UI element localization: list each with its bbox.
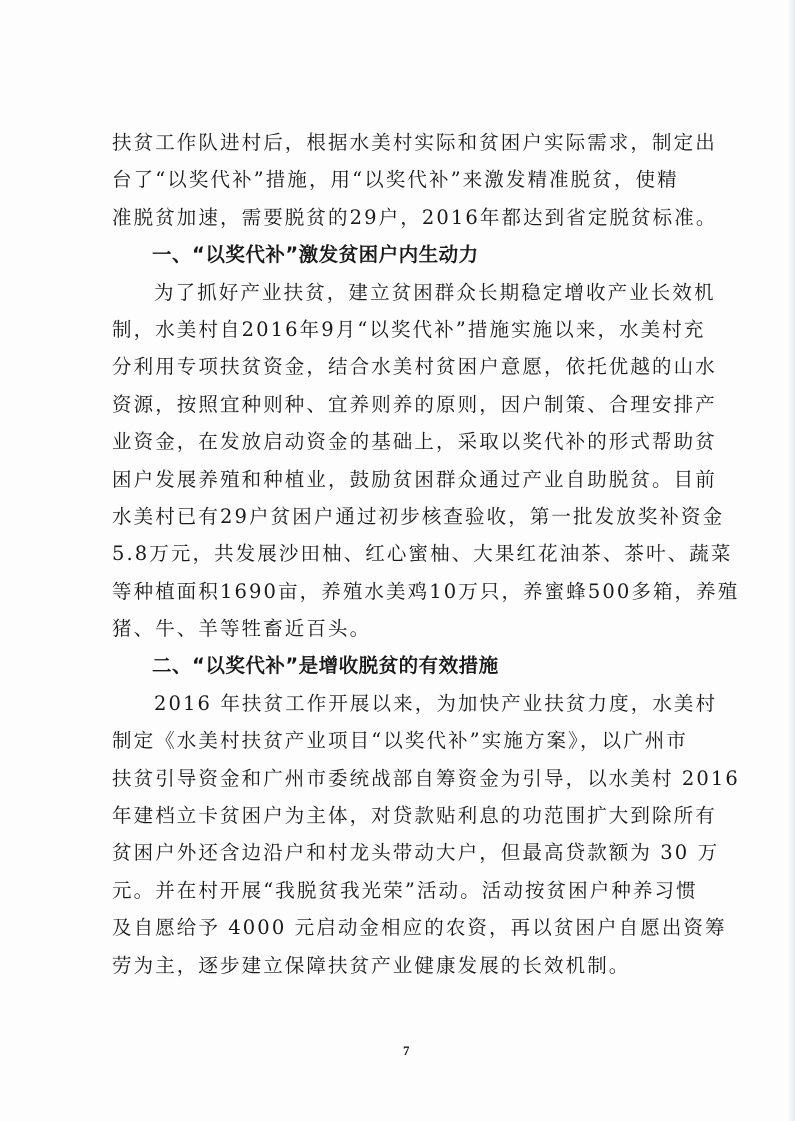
section-heading-1: 一、“以奖代补”激发贫困户内生动力: [112, 236, 702, 273]
body-line: 制，水美村自2016年9月“以奖代补”措施实施以来，水美村充: [112, 311, 702, 348]
body-line: 等种植面积1690亩，养殖水美鸡10万只，养蜜蜂500多箱，养殖: [112, 573, 702, 610]
body-line: 元。并在村开展“我脱贫我光荣”活动。活动按贫困户种养习惯: [112, 872, 702, 909]
body-line: 水美村已有29户贫困户通过初步核查验收，第一批发放奖补资金: [112, 498, 702, 535]
document-page: 扶贫工作队进村后，根据水美村实际和贫困户实际需求，制定出 台了“以奖代补”措施，…: [0, 0, 795, 1121]
body-line: 台了“以奖代补”措施，用“以奖代补”来激发精准脱贫，使精: [112, 161, 702, 198]
section-heading-2: 二、“以奖代补”是增收脱贫的有效措施: [112, 647, 702, 684]
body-line: 及自愿给予 4000 元启动金相应的农资，再以贫困户自愿出资筹: [112, 909, 702, 946]
body-line: 劳为主，逐步建立保障扶贫产业健康发展的长效机制。: [112, 947, 702, 984]
body-line: 年建档立卡贫困户为主体，对贷款贴利息的功范围扩大到除所有: [112, 797, 702, 834]
paragraph-first-line: 为了抓好产业扶贫，建立贫困群众长期稳定增收产业长效机: [112, 274, 702, 311]
body-line: 5.8万元，共发展沙田柚、红心蜜柚、大果红花油茶、茶叶、蔬菜: [112, 535, 702, 572]
body-line: 猪、牛、羊等牲畜近百头。: [112, 610, 702, 647]
body-line: 制定《水美村扶贫产业项目“以奖代补”实施方案》，以广州市: [112, 722, 702, 759]
body-line: 扶贫工作队进村后，根据水美村实际和贫困户实际需求，制定出: [112, 124, 702, 161]
paragraph-first-line: 2016 年扶贫工作开展以来，为加快产业扶贫力度，水美村: [112, 685, 702, 722]
body-line: 业资金，在发放启动资金的基础上，采取以奖代补的形式帮助贫: [112, 423, 702, 460]
body-line: 贫困户外还含边沿户和村龙头带动大户，但最高贷款额为 30 万: [112, 834, 702, 871]
page-content: 扶贫工作队进村后，根据水美村实际和贫困户实际需求，制定出 台了“以奖代补”措施，…: [112, 124, 702, 984]
body-line: 资源，按照宜种则种、宜养则养的原则，因户制策、合理安排产: [112, 386, 702, 423]
body-line: 扶贫引导资金和广州市委统战部自筹资金为引导，以水美村 2016: [112, 760, 702, 797]
body-line: 准脱贫加速，需要脱贫的29户，2016年都达到省定脱贫标准。: [112, 199, 702, 236]
body-line: 困户发展养殖和种植业，鼓励贫困群众通过产业自助脱贫。目前: [112, 461, 702, 498]
page-number: 7: [403, 1043, 410, 1059]
body-line: 分利用专项扶贫资金，结合水美村贫困户意愿，依托优越的山水: [112, 348, 702, 385]
page-edge-shadow: [787, 0, 795, 1121]
